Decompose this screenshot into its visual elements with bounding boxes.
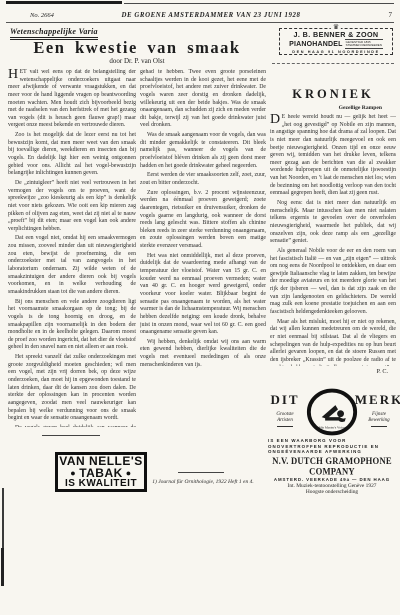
issue-number: No. 2664 — [30, 12, 90, 19]
dropcap-letter: H — [8, 69, 20, 81]
footnote-divider-rule — [178, 472, 224, 473]
crown-icon: ♛ — [331, 24, 341, 31]
gram-ad-caption-right: Fijnste Bewerking — [368, 412, 389, 427]
kroniek-column: DE heele wereld houdt nu — gelijk het he… — [270, 114, 396, 366]
article-paragraph: De vogels geven heel duidelijk aan wanne… — [8, 425, 136, 427]
article-paragraph: Zure oplossingen, b.v. 2 procent wijnste… — [140, 190, 266, 251]
article-paragraph: Eerst werden de vier smaaksoorten zelf, … — [140, 172, 266, 187]
dropcap-letter: D — [270, 114, 282, 126]
dot-icon: ● — [126, 469, 132, 478]
kroniek-subheading: Gezellige Rampen — [270, 105, 382, 111]
gram-ad-address: AMSTERD. VEERKADE 49a — DEN HAAG — [268, 477, 396, 482]
scan-artifact-top-bar — [6, 1, 122, 4]
gram-ad-company: N.V. DUTCH GRAMOPHONE COMPANY — [268, 455, 396, 476]
article-column-1: HET valt wel eens op dat de belangstelli… — [8, 69, 136, 427]
gramophone-ad: DIT Grootste Artisten His Master's Voice… — [268, 388, 396, 495]
kroniek-paragraph: Nog eens: dat is niet meer dan natuurlij… — [270, 200, 396, 246]
newspaper-page: No. 2664 DE GROENE AMSTERDAMMER VAN 23 J… — [0, 0, 400, 615]
gram-ad-note2: Hoogste onderscheiding — [268, 489, 396, 495]
article-paragraph: Zoo is het mogelijk dat de lezer eerst n… — [8, 132, 136, 178]
kroniek-signature: P. C. — [270, 368, 388, 375]
his-masters-voice-logo-icon: His Master's Voice — [306, 388, 358, 436]
article-paragraph: Dat een vogel niet, omdat hij een smaakv… — [8, 235, 136, 296]
article-paragraph: HET valt wel eens op dat de belangstelli… — [8, 69, 136, 130]
article-byline: door Dr. P. van Olst — [8, 57, 266, 65]
article-footnote: 1) Journal für Ornithologie, 1922 Heft 1… — [140, 479, 266, 485]
page-number: 7 — [332, 11, 392, 19]
gram-ad-tagline: IS EEN WAARBORG VOOR ONOVERTROFFEN REPRO… — [268, 438, 396, 455]
gram-ad-caption-left: Grootste Artisten — [276, 412, 293, 427]
van-nelle-tobacco-ad: VAN NELLE'S ● TABAK ● IS KWALITEIT — [55, 452, 147, 492]
article-column-2: gehad te hebben. Twee even groote porsel… — [140, 69, 266, 467]
article-paragraph: Het spreekt vanzelf dat zulke onderzoeki… — [8, 354, 136, 423]
benner-ad-name: J. B. BENNER & ZOON — [280, 31, 392, 39]
article-paragraph: Was de smaak aangenaam voor de vogels, d… — [140, 132, 266, 170]
gram-ad-word-right: MERK — [355, 392, 400, 408]
benner-piano-ad: ♛ J. B. BENNER & ZOON PIANOHANDEL GEVEST… — [279, 28, 393, 55]
kroniek-paragraph: Als generaal Nobile voor de eer en den r… — [270, 248, 396, 317]
kroniek-paragraph: Maar als het mislukt, moet hij er niet o… — [270, 319, 396, 366]
benner-ad-sidenote: GEVESTIGD 1835STEMMEN REPAREEREN — [345, 39, 383, 49]
article-paragraph: Wij hebben, denkelijk omdat wij ons aan … — [140, 339, 266, 370]
kroniek-paragraph: DE heele wereld houdt nu — gelijk het he… — [270, 114, 396, 198]
masthead-title: DE GROENE AMSTERDAMMER VAN 23 JUNI 1928 — [90, 12, 332, 19]
gram-ad-word-left: DIT — [270, 392, 299, 408]
svg-text:His Master's Voice: His Master's Voice — [319, 425, 345, 429]
benner-ad-trade: PIANOHANDEL — [289, 41, 343, 48]
benner-ad-address: DEN HAAG 91 NOORDEINDE — [280, 50, 392, 54]
article-paragraph: gehad te hebben. Twee even groote porsel… — [140, 69, 266, 130]
page-header: No. 2664 DE GROENE AMSTERDAMMER VAN 23 J… — [6, 11, 394, 19]
scan-artifact-left-blotch — [1, 548, 4, 586]
column-divider-rule — [42, 435, 100, 436]
article-paragraph: De „zintuigleer” heeft niet veel vertrou… — [8, 180, 136, 233]
kroniek-heading: KRONIEK — [270, 87, 396, 102]
scan-artifact-left-line — [2, 488, 4, 548]
header-rule — [6, 22, 394, 23]
article-title: Een kwestie van smaak — [8, 38, 266, 58]
van-nelle-line3: IS KWALITEIT — [58, 479, 144, 489]
article-paragraph: Bij ons menschen en vele andere zoogdier… — [8, 299, 136, 352]
dot-icon: ● — [70, 469, 76, 478]
dashed-rule — [272, 63, 394, 64]
article-paragraph: Het was niet onmiddellijk, met al deze p… — [140, 253, 266, 337]
scan-artifact-top-line — [124, 3, 394, 4]
